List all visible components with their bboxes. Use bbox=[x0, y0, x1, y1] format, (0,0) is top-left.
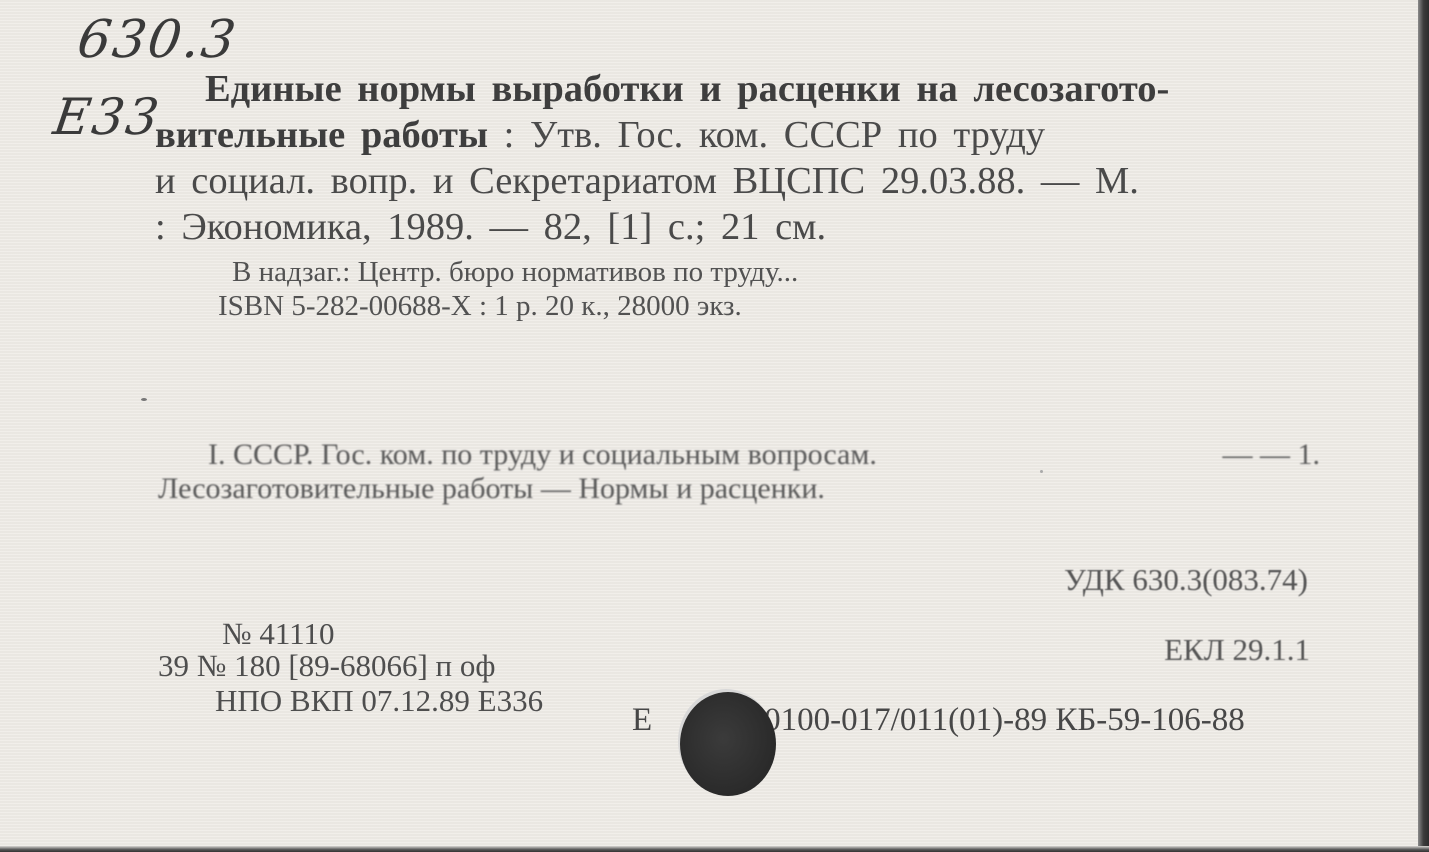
order-info: 39 № 180 [89-68066] п оф bbox=[158, 648, 495, 684]
approval-line: и социал. вопр. и Секретариатом ВЦСПС 29… bbox=[155, 158, 1320, 204]
isbn-note: ISBN 5-282-00688-X : 1 р. 20 к., 28000 э… bbox=[218, 290, 742, 323]
approval-text: : Утв. Гос. ком. СССР по труду bbox=[504, 114, 1045, 156]
title-bold-2: вительные работы bbox=[155, 114, 488, 156]
ekl-code: ЕКЛ 29.1.1 bbox=[1164, 632, 1310, 668]
headline-note: В надзаг.: Центр. бюро нормативов по тру… bbox=[232, 256, 798, 289]
tracing-subject-start: — — 1. bbox=[1223, 438, 1321, 472]
bbk-prefix: Е bbox=[632, 702, 652, 738]
title-line-1: Единые нормы выработки и расценки на лес… bbox=[155, 66, 1320, 112]
publication-line: : Экономика, 1989. — 82, [1] с.; 21 см. bbox=[155, 204, 1320, 250]
card-number: № 41110 bbox=[222, 616, 335, 652]
publisher-date: НПО ВКП 07.12.89 Е336 bbox=[215, 683, 543, 719]
title-bold-1: Единые нормы выработки и расценки на лес… bbox=[205, 68, 1169, 110]
scan-edge-bottom bbox=[0, 846, 1429, 852]
punch-hole bbox=[680, 692, 776, 796]
handwritten-author-mark: Е33 bbox=[50, 88, 164, 146]
main-entry: Единые нормы выработки и расценки на лес… bbox=[155, 66, 1320, 250]
tracing-line-2: Лесозаготовительные работы — Нормы и рас… bbox=[158, 472, 825, 506]
paper-speck bbox=[141, 398, 147, 401]
udk-code: УДК 630.3(083.74) bbox=[1064, 562, 1308, 598]
catalog-card: 630.3 Е33 Единые нормы выработки и расце… bbox=[0, 0, 1418, 846]
tracing-corporate: I. СССР. Гос. ком. по труду и социальным… bbox=[208, 438, 877, 472]
handwritten-classification: 630.3 bbox=[74, 10, 241, 70]
title-line-2: вительные работы : Утв. Гос. ком. СССР п… bbox=[155, 112, 1320, 158]
scan-edge-right bbox=[1418, 0, 1429, 852]
tracing-line-1: I. СССР. Гос. ком. по труду и социальным… bbox=[208, 438, 1320, 472]
bbk-code: 0100-017/011(01)-89 КБ-59-106-88 bbox=[764, 702, 1245, 738]
